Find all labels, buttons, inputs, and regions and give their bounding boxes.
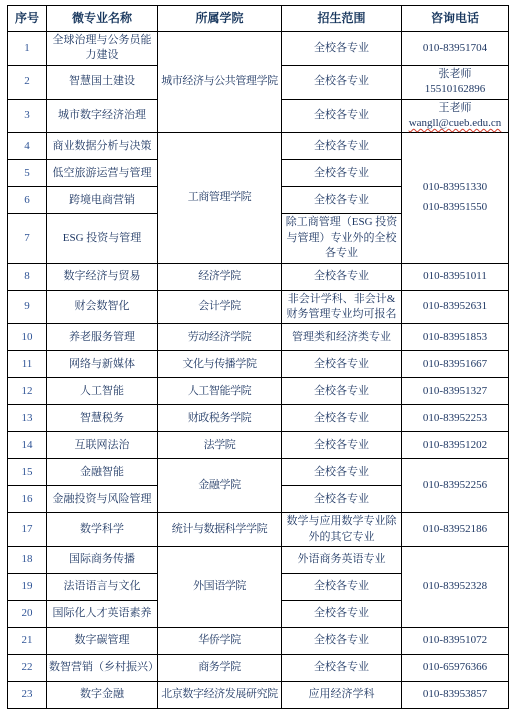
major-name-cell: ESG 投资与管理	[47, 214, 158, 263]
major-name-cell: 人工智能	[47, 378, 158, 405]
contact-email: wangll@cueb.edu.cn	[404, 116, 506, 131]
phone-line: 010-83951704	[404, 41, 506, 56]
phone-line: 010-83953857	[404, 687, 506, 702]
major-name-cell: 跨境电商营销	[47, 187, 158, 214]
phone-line: 010-83951550	[404, 200, 506, 215]
scope-cell: 应用经济学科	[282, 682, 402, 709]
phone-line: 010-83951072	[404, 633, 506, 648]
phone-line: 张老师	[404, 67, 506, 82]
major-name-cell: 城市数字经济治理	[47, 99, 158, 133]
major-name-cell: 数字碳管理	[47, 628, 158, 655]
phone-line: 15510162896	[404, 82, 506, 97]
row-number: 22	[8, 655, 47, 682]
row-number: 3	[8, 99, 47, 133]
phone-cell: 010-65976366	[402, 655, 509, 682]
major-name-cell: 智慧国土建设	[47, 65, 158, 99]
college-cell: 外国语学院	[158, 547, 282, 628]
phone-cell: 010-83952631	[402, 290, 509, 324]
scope-cell: 全校各专业	[282, 263, 402, 290]
scope-cell: 全校各专业	[282, 432, 402, 459]
col-header-scope: 招生范围	[282, 6, 402, 32]
table-row: 15金融智能金融学院全校各专业010-83952256	[8, 459, 509, 486]
table-row: 4商业数据分析与决策工商管理学院全校各专业010-83951330010-839…	[8, 133, 509, 160]
row-number: 23	[8, 682, 47, 709]
college-cell: 文化与传播学院	[158, 351, 282, 378]
phone-cell: 010-83952253	[402, 405, 509, 432]
major-name-cell: 互联网法治	[47, 432, 158, 459]
document-page: 序号 微专业名称 所属学院 招生范围 咨询电话 1全球治理与公务员能力建设城市经…	[0, 0, 516, 717]
table-row: 10养老服务管理劳动经济学院管理类和经济类专业010-83951853	[8, 324, 509, 351]
scope-cell: 全校各专业	[282, 486, 402, 513]
phone-line: 010-83951011	[404, 269, 506, 284]
table-row: 8数字经济与贸易经济学院全校各专业010-83951011	[8, 263, 509, 290]
scope-cell: 除工商管理（ESG 投资与管理）专业外的全校各专业	[282, 214, 402, 263]
phone-cell: 010-83951202	[402, 432, 509, 459]
college-cell: 人工智能学院	[158, 378, 282, 405]
col-header-college: 所属学院	[158, 6, 282, 32]
major-name-cell: 全球治理与公务员能力建设	[47, 32, 158, 66]
major-name-cell: 法语语言与文化	[47, 574, 158, 601]
major-name-cell: 网络与新媒体	[47, 351, 158, 378]
phone-cell: 010-83951853	[402, 324, 509, 351]
row-number: 15	[8, 459, 47, 486]
college-cell: 财政税务学院	[158, 405, 282, 432]
table-row: 13智慧税务财政税务学院全校各专业010-83952253	[8, 405, 509, 432]
college-cell: 劳动经济学院	[158, 324, 282, 351]
major-name-cell: 商业数据分析与决策	[47, 133, 158, 160]
college-cell: 工商管理学院	[158, 133, 282, 263]
phone-cell: 010-83952256	[402, 459, 509, 513]
scope-cell: 全校各专业	[282, 601, 402, 628]
scope-cell: 全校各专业	[282, 133, 402, 160]
major-name-cell: 数学科学	[47, 513, 158, 547]
major-name-cell: 国际商务传播	[47, 547, 158, 574]
phone-cell: 王老师wangll@cueb.edu.cn	[402, 99, 509, 133]
scope-cell: 全校各专业	[282, 628, 402, 655]
scope-cell: 管理类和经济类专业	[282, 324, 402, 351]
scope-cell: 全校各专业	[282, 99, 402, 133]
row-number: 2	[8, 65, 47, 99]
phone-line: 010-83951202	[404, 438, 506, 453]
phone-cell: 张老师15510162896	[402, 65, 509, 99]
college-cell: 经济学院	[158, 263, 282, 290]
scope-cell: 全校各专业	[282, 655, 402, 682]
table-row: 21数字碳管理华侨学院全校各专业010-83951072	[8, 628, 509, 655]
row-number: 19	[8, 574, 47, 601]
row-number: 5	[8, 160, 47, 187]
scope-cell: 数学与应用数学专业除外的其它专业	[282, 513, 402, 547]
major-name-cell: 金融智能	[47, 459, 158, 486]
table-row: 11网络与新媒体文化与传播学院全校各专业010-83951667	[8, 351, 509, 378]
table-row: 14互联网法治法学院全校各专业010-83951202	[8, 432, 509, 459]
phone-line: 010-83952253	[404, 411, 506, 426]
col-header-phone: 咨询电话	[402, 6, 509, 32]
row-number: 9	[8, 290, 47, 324]
phone-line: 王老师	[404, 101, 506, 116]
college-cell: 华侨学院	[158, 628, 282, 655]
row-number: 4	[8, 133, 47, 160]
phone-line: 010-83951327	[404, 384, 506, 399]
major-name-cell: 国际化人才英语素养	[47, 601, 158, 628]
phone-line: 010-83951330	[404, 180, 506, 195]
row-number: 13	[8, 405, 47, 432]
row-number: 6	[8, 187, 47, 214]
row-number: 14	[8, 432, 47, 459]
phone-line: 010-83951667	[404, 357, 506, 372]
scope-cell: 全校各专业	[282, 405, 402, 432]
scope-cell: 非会计学科、非会计&财务管理专业均可报名	[282, 290, 402, 324]
college-cell: 会计学院	[158, 290, 282, 324]
row-number: 8	[8, 263, 47, 290]
phone-line: 010-83952256	[404, 478, 506, 493]
row-number: 18	[8, 547, 47, 574]
table-row: 18国际商务传播外国语学院外语商务英语专业010-83952328	[8, 547, 509, 574]
table-row: 9财会数智化会计学院非会计学科、非会计&财务管理专业均可报名010-839526…	[8, 290, 509, 324]
phone-cell: 010-83951704	[402, 32, 509, 66]
row-number: 12	[8, 378, 47, 405]
scope-cell: 全校各专业	[282, 459, 402, 486]
row-number: 10	[8, 324, 47, 351]
row-number: 20	[8, 601, 47, 628]
major-name-cell: 财会数智化	[47, 290, 158, 324]
major-name-cell: 智慧税务	[47, 405, 158, 432]
scope-cell: 全校各专业	[282, 351, 402, 378]
table-row: 22数智营销（乡村振兴）商务学院全校各专业010-65976366	[8, 655, 509, 682]
phone-cell: 010-83953857	[402, 682, 509, 709]
phone-line: 010-83952328	[404, 579, 506, 594]
scope-cell: 全校各专业	[282, 32, 402, 66]
college-cell: 商务学院	[158, 655, 282, 682]
major-name-cell: 金融投资与风险管理	[47, 486, 158, 513]
table-row: 1全球治理与公务员能力建设城市经济与公共管理学院全校各专业010-8395170…	[8, 32, 509, 66]
phone-line: 010-83952186	[404, 522, 506, 537]
phone-cell: 010-83951667	[402, 351, 509, 378]
table-row: 17数学科学统计与数据科学学院数学与应用数学专业除外的其它专业010-83952…	[8, 513, 509, 547]
phone-line: 010-83951853	[404, 330, 506, 345]
micro-major-table: 序号 微专业名称 所属学院 招生范围 咨询电话 1全球治理与公务员能力建设城市经…	[7, 5, 509, 709]
phone-cell: 010-83951072	[402, 628, 509, 655]
scope-cell: 全校各专业	[282, 187, 402, 214]
phone-cell: 010-83952328	[402, 547, 509, 628]
row-number: 7	[8, 214, 47, 263]
major-name-cell: 数智营销（乡村振兴）	[47, 655, 158, 682]
row-number: 1	[8, 32, 47, 66]
scope-cell: 全校各专业	[282, 574, 402, 601]
table-row: 12人工智能人工智能学院全校各专业010-83951327	[8, 378, 509, 405]
row-number: 21	[8, 628, 47, 655]
phone-cell: 010-83951011	[402, 263, 509, 290]
phone-line: 010-83952631	[404, 299, 506, 314]
row-number: 16	[8, 486, 47, 513]
row-number: 11	[8, 351, 47, 378]
phone-cell: 010-83952186	[402, 513, 509, 547]
col-header-index: 序号	[8, 6, 47, 32]
major-name-cell: 低空旅游运营与管理	[47, 160, 158, 187]
college-cell: 北京数字经济发展研究院	[158, 682, 282, 709]
table-body: 1全球治理与公务员能力建设城市经济与公共管理学院全校各专业010-8395170…	[8, 32, 509, 709]
scope-cell: 全校各专业	[282, 160, 402, 187]
table-row: 23数字金融北京数字经济发展研究院应用经济学科010-83953857	[8, 682, 509, 709]
header-row: 序号 微专业名称 所属学院 招生范围 咨询电话	[8, 6, 509, 32]
phone-cell: 010-83951330010-83951550	[402, 133, 509, 263]
scope-cell: 外语商务英语专业	[282, 547, 402, 574]
phone-cell: 010-83951327	[402, 378, 509, 405]
college-cell: 城市经济与公共管理学院	[158, 32, 282, 133]
scope-cell: 全校各专业	[282, 65, 402, 99]
major-name-cell: 数字金融	[47, 682, 158, 709]
scope-cell: 全校各专业	[282, 378, 402, 405]
college-cell: 法学院	[158, 432, 282, 459]
college-cell: 统计与数据科学学院	[158, 513, 282, 547]
major-name-cell: 数字经济与贸易	[47, 263, 158, 290]
college-cell: 金融学院	[158, 459, 282, 513]
col-header-name: 微专业名称	[47, 6, 158, 32]
phone-line: 010-65976366	[404, 660, 506, 675]
row-number: 17	[8, 513, 47, 547]
major-name-cell: 养老服务管理	[47, 324, 158, 351]
